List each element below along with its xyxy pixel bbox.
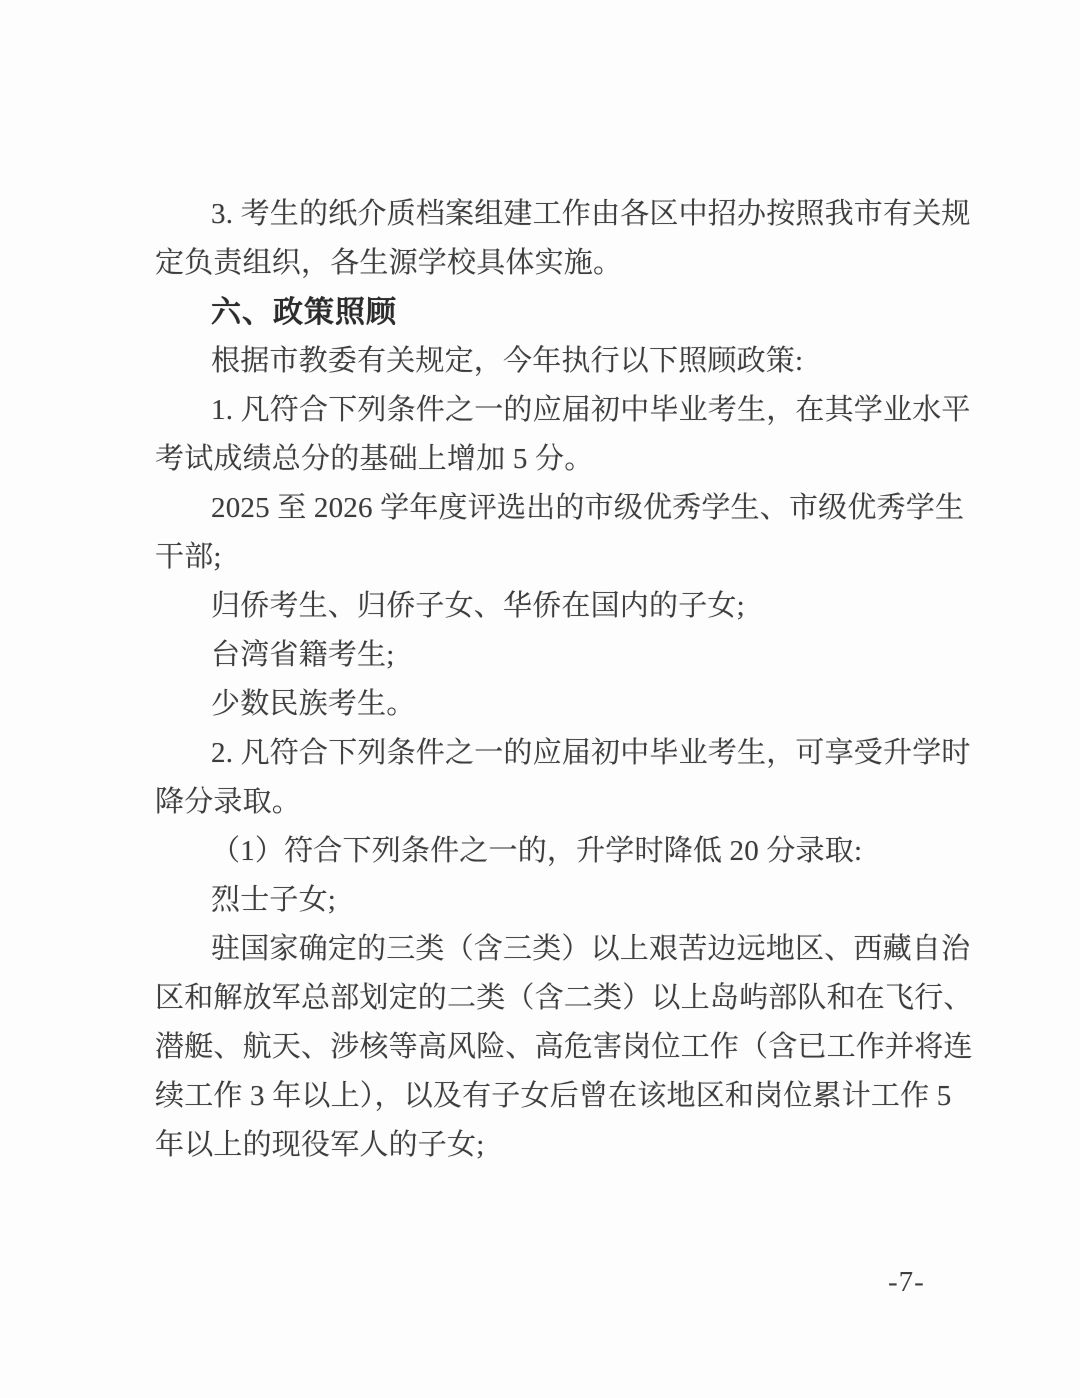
text-line: 2025 至 2026 学年度评选出的市级优秀学生、市级优秀学生 <box>155 484 967 533</box>
text-line: 烈士子女; <box>155 876 967 925</box>
text-line: 台湾省籍考生; <box>155 631 967 680</box>
text-line: 少数民族考生。 <box>155 680 967 729</box>
text-line: 续工作 3 年以上），以及有子女后曾在该地区和岗位累计工作 5 <box>155 1072 967 1121</box>
text-line: 1. 凡符合下列条件之一的应届初中毕业考生，在其学业水平 <box>155 386 967 435</box>
text-line: 区和解放军总部划定的二类（含二类）以上岛屿部队和在飞行、 <box>155 974 967 1023</box>
text-line: 降分录取。 <box>155 778 967 827</box>
text-line: 驻国家确定的三类（含三类）以上艰苦边远地区、西藏自治 <box>155 925 967 974</box>
text-line: 2. 凡符合下列条件之一的应届初中毕业考生，可享受升学时 <box>155 729 967 778</box>
section-heading: 六、政策照顾 <box>155 288 967 337</box>
document-page: 3. 考生的纸介质档案组建工作由各区中招办按照我市有关规定负责组织，各生源学校具… <box>0 0 1080 1398</box>
text-line: （1）符合下列条件之一的，升学时降低 20 分录取: <box>155 827 967 876</box>
document-body: 3. 考生的纸介质档案组建工作由各区中招办按照我市有关规定负责组织，各生源学校具… <box>155 190 967 1170</box>
text-line: 定负责组织，各生源学校具体实施。 <box>155 239 967 288</box>
page-number: -7- <box>888 1264 925 1300</box>
text-line: 干部; <box>155 533 967 582</box>
text-line: 3. 考生的纸介质档案组建工作由各区中招办按照我市有关规 <box>155 190 967 239</box>
text-line: 归侨考生、归侨子女、华侨在国内的子女; <box>155 582 967 631</box>
text-line: 年以上的现役军人的子女; <box>155 1121 967 1170</box>
text-line: 潜艇、航天、涉核等高风险、高危害岗位工作（含已工作并将连 <box>155 1023 967 1072</box>
text-line: 根据市教委有关规定，今年执行以下照顾政策: <box>155 337 967 386</box>
text-line: 考试成绩总分的基础上增加 5 分。 <box>155 435 967 484</box>
